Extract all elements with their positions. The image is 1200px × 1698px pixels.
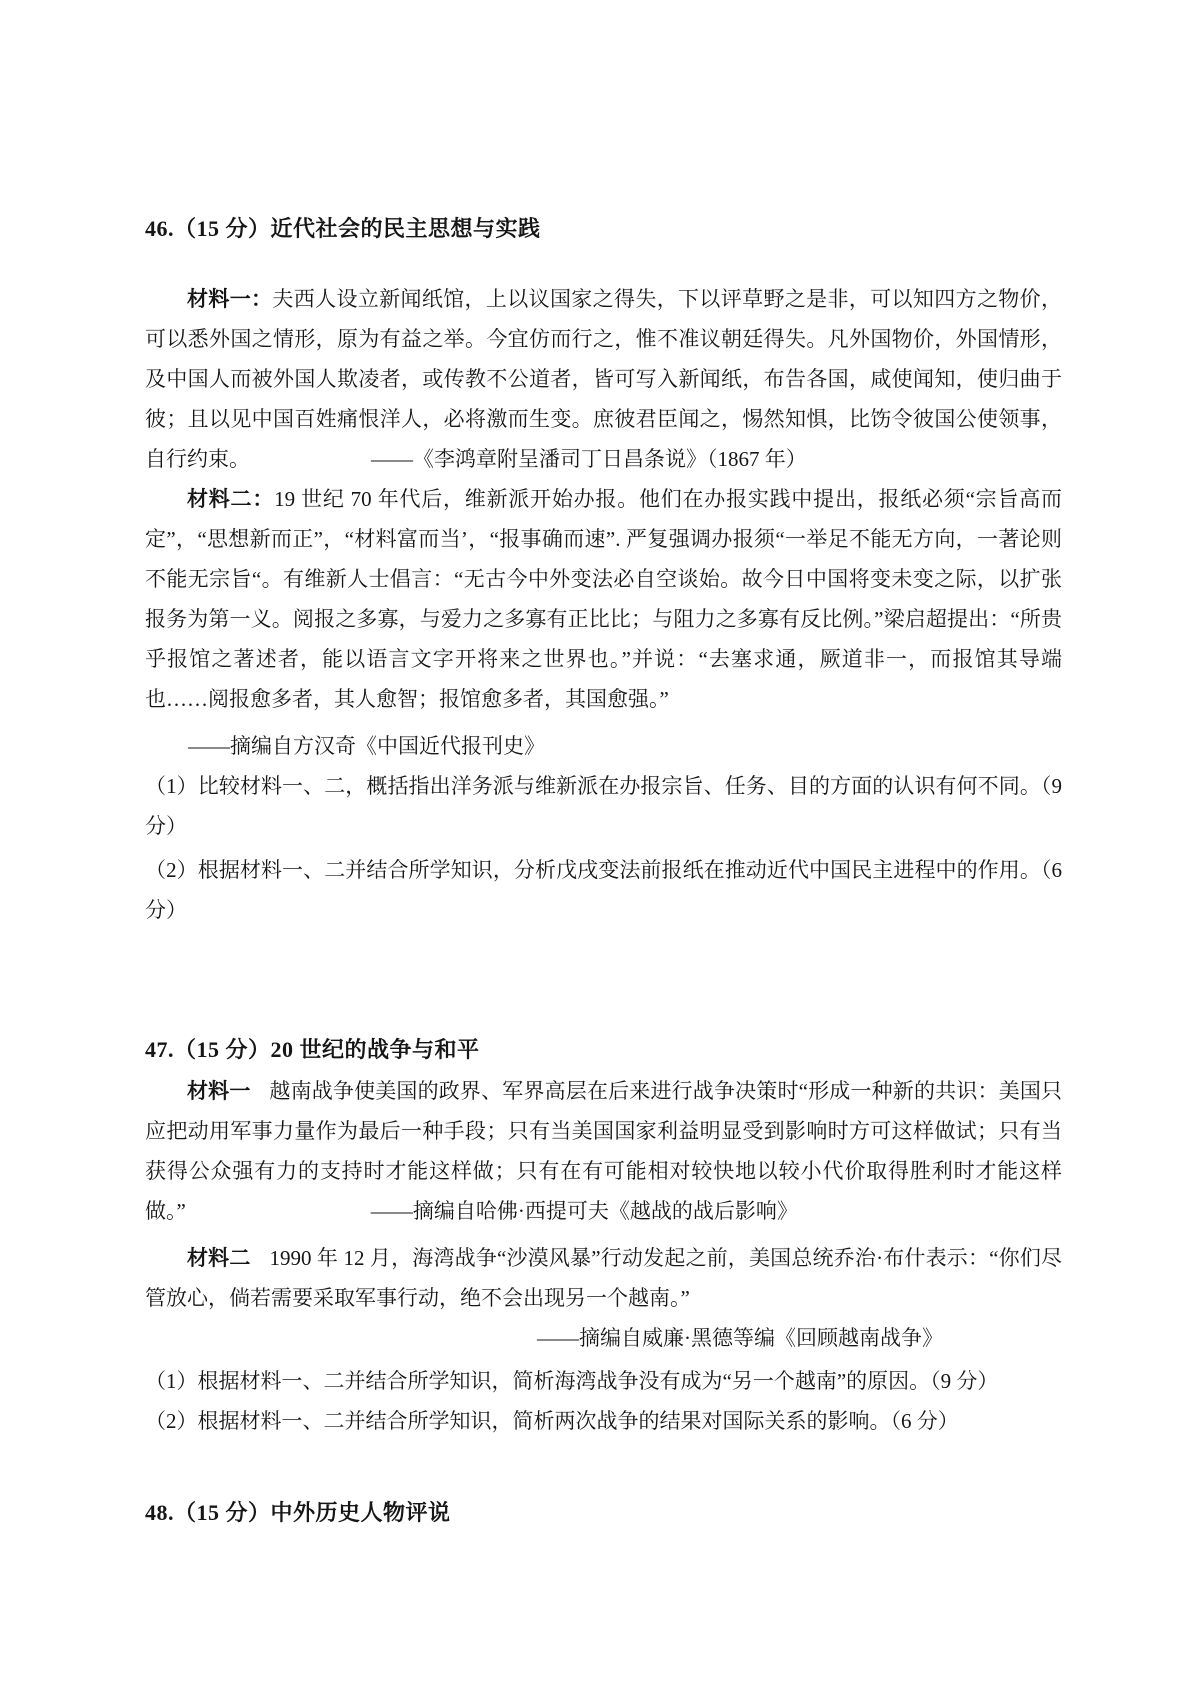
question-47-material-2-paragraph: 材料二1990 年 12 月，海湾战争“沙漠风暴”行动发起之前，美国总统乔治·布… <box>145 1238 1062 1318</box>
question-47-heading: 47.（15 分）20 世纪的战争与和平 <box>145 1030 1062 1070</box>
question-46-material-2-source-attribution: ——摘编自方汉奇《中国近代报刊史》 <box>188 726 1062 766</box>
material-1-label: 材料一： <box>187 287 272 311</box>
material-2-label: 材料二： <box>187 487 274 511</box>
material-1-label: 材料一 <box>187 1079 251 1103</box>
material-2-text: 19 世纪 70 年代后，维新派开始办报。他们在办报实践中提出，报纸必须“宗旨高… <box>145 487 1062 711</box>
question-47-subquestion-1: （1）根据材料一、二并结合所学知识，简析海湾战争没有成为“另一个越南”的原因。（… <box>145 1361 1062 1401</box>
question-46-subquestion-2: （2）根据材料一、二并结合所学知识，分析戊戌变法前报纸在推动近代中国民主进程中的… <box>145 850 1062 930</box>
exam-content-column: 46.（15 分）近代社会的民主思想与实践 材料一：夫西人设立新闻纸馆，上以议国… <box>145 0 1062 1533</box>
question-47-subquestion-2: （2）根据材料一、二并结合所学知识，简析两次战争的结果对国际关系的影响。（6 分… <box>145 1401 1062 1441</box>
question-46-material-1-paragraph: 材料一：夫西人设立新闻纸馆，上以议国家之得失，下以评草野之是非，可以知四方之物价… <box>145 279 1062 479</box>
question-46-material-2-paragraph: 材料二：19 世纪 70 年代后，维新派开始办报。他们在办报实践中提出，报纸必须… <box>145 479 1062 719</box>
material-1-text: 夫西人设立新闻纸馆，上以议国家之得失，下以评草野之是非，可以知四方之物价，可以悉… <box>145 287 1062 471</box>
question-46-heading: 46.（15 分）近代社会的民主思想与实践 <box>145 209 1062 249</box>
material-1-source-attribution: ——摘编自哈佛·西提可夫《越战的战后影响》 <box>371 1199 798 1223</box>
question-48-heading: 48.（15 分）中外历史人物评说 <box>145 1493 1062 1533</box>
question-47-material-2-source-attribution: ——摘编自威廉·黑德等编《回顾越南战争》 <box>537 1318 1062 1358</box>
question-47-material-1-paragraph: 材料一越南战争使美国的政界、军界高层在后来进行战争决策时“形成一种新的共识：美国… <box>145 1071 1062 1231</box>
exam-page: 46.（15 分）近代社会的民主思想与实践 材料一：夫西人设立新闻纸馆，上以议国… <box>0 0 1200 1698</box>
question-46-subquestion-1: （1）比较材料一、二，概括指出洋务派与维新派在办报宗旨、任务、目的方面的认识有何… <box>145 766 1062 846</box>
material-1-source-attribution: ——《李鸿章附呈潘司丁日昌条说》（1867 年） <box>371 447 807 471</box>
material-2-text: 1990 年 12 月，海湾战争“沙漠风暴”行动发起之前，美国总统乔治·布什表示… <box>145 1246 1062 1310</box>
material-2-label: 材料二 <box>187 1246 251 1270</box>
